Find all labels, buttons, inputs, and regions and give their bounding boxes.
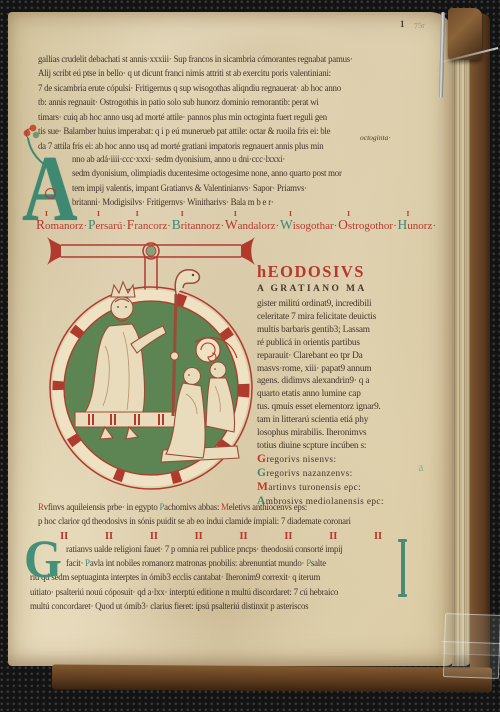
column-numeral: I <box>97 209 100 218</box>
saint-item: Gregorivs nisenvs: <box>257 453 439 467</box>
text-line: riú qd sedm septuaginta interptes in ómi… <box>30 571 423 585</box>
column-numeral: I <box>136 209 139 218</box>
text-line: tam in litterarú scientia etiá phy <box>257 414 439 427</box>
text-line: ré publicá in orientis partibus <box>257 337 439 350</box>
regnal-heading-word: IWisogothar· <box>280 217 337 233</box>
lower-block: Rvfinvs aquileiensis prbe· in egypto Pac… <box>30 501 444 614</box>
text-line: uitiato· psalteriú nouú cóposuit· qd a·l… <box>30 586 423 600</box>
numerals-row: IIIIIIIIIIIIIIII <box>60 529 382 543</box>
initial-a-ornament <box>18 122 62 172</box>
regnal-heading: IRomanorz· IPersarú· IFrancorz· IBritann… <box>36 217 436 233</box>
regnal-heading-word: IBritannorz· <box>172 217 224 233</box>
rubric-theodosius: hEODOSIVS <box>257 262 439 282</box>
regnal-heading-word: IOstrogothor· <box>338 217 397 233</box>
regnal-heading-word: IRomanorz· <box>36 217 87 233</box>
regnal-heading-word: IHunorz· <box>398 217 436 233</box>
anno-block: nno ab adá·iiii·ccc·xxxi· sedm dyonisium… <box>72 153 444 211</box>
right-column: hEODOSIVS A GRATIANO MA gister militú or… <box>257 262 439 509</box>
text-line: ratianvs ualde religioni fauet· 7 p omni… <box>66 543 425 557</box>
fore-edge <box>452 18 472 666</box>
text-line: sedm dyonisium, olimpiadis ducentesime o… <box>72 167 425 181</box>
saint-item: Martinvs turonensis epc: <box>257 481 439 495</box>
manuscript-page: gallias crudelit debachati st annis·xxxi… <box>8 12 454 666</box>
text-line: timars· cuiq ab hoc anno usq ad morté at… <box>38 111 418 125</box>
initial-t-miniature <box>45 236 257 494</box>
text-line: tus. qmuis esset elementorz ignar9. <box>257 401 439 414</box>
numeral-ii: II <box>150 529 158 543</box>
acrylic-strap <box>443 613 500 679</box>
text-line: tem impij valentis, impant Gratianvs & V… <box>72 182 425 196</box>
interline-note: octoginta· <box>360 133 390 142</box>
t-bar <box>47 237 255 292</box>
regnal-heading-word: IFrancorz· <box>127 217 171 233</box>
column-numeral: I <box>347 209 350 218</box>
column-numeral: I <box>289 209 292 218</box>
numeral-ii: II <box>374 529 382 543</box>
text-line: gallias crudelit debachati st annis·xxxi… <box>38 53 418 67</box>
backdrop: gallias crudelit debachati st annis·xxxi… <box>0 0 500 712</box>
numeral-ii: II <box>284 529 292 543</box>
column-numeral: I <box>407 209 410 218</box>
text-line: Rvfinvs aquileiensis prbe· in egypto Pac… <box>38 501 424 515</box>
text-line: masvs·rome, xiii· papat9 annum <box>257 363 439 376</box>
initial-a-ring-ornament <box>45 188 56 199</box>
text-line: totius diuine scpture incúben s: <box>257 440 439 453</box>
back-cover-edge-right <box>470 14 490 672</box>
numeral-ii: II <box>329 529 337 543</box>
crown-icon <box>111 282 135 297</box>
text-line: agens. didimvs alexandrin9· q a <box>257 375 439 388</box>
right-column-lines: gister militú ordinat9, incredibiliceler… <box>257 298 439 453</box>
text-line: multis barbaris gentib3; Lassam <box>257 324 439 337</box>
regnal-heading-word: IPersarú· <box>88 217 126 233</box>
text-line: 7 de sicambria erute cópulsi· Fritigernu… <box>38 82 418 96</box>
text-line: multú concordaret· Quod ut ómib3· clariu… <box>30 600 423 614</box>
back-cover-edge-bottom <box>52 664 492 692</box>
text-line: losophus mirabilis. Iheronimvs <box>257 427 439 440</box>
column-numeral: I <box>181 209 184 218</box>
numeral-ii: II <box>105 529 113 543</box>
text-line: gister militú ordinat9, incredibili <box>257 298 439 311</box>
pencil-foliation: 75r <box>414 21 425 31</box>
numeral-ii: II <box>239 529 247 543</box>
text-line: Alij scribt eú ptse in bello· q ut dicun… <box>38 67 418 81</box>
rubric-a-gratiano: A GRATIANO MA <box>257 284 439 294</box>
folio-number: 1 <box>400 19 405 29</box>
initial-g: G <box>24 534 62 584</box>
text-line: p hoc clarior qd theodosivs in sónis pui… <box>38 515 424 529</box>
text-line: nno ab adá·iiii·ccc·xxxi· sedm dyonisium… <box>72 153 425 167</box>
text-line: reparauit· Clarebant eo tpr Da <box>257 350 439 363</box>
text-line: facit· Pavla int nobiles romanorz matron… <box>66 557 425 571</box>
numeral-ii: II <box>195 529 203 543</box>
text-line: celeritate 7 mira felicitate deuictis <box>257 311 439 324</box>
saint-item: Gregorivs nazanzenvs: <box>257 467 439 481</box>
text-line: tb: annis regnauit· Ostrogothis in patio… <box>38 96 418 110</box>
column-numeral: I <box>45 209 48 218</box>
text-line: quarto etatis anno lumine cap <box>257 388 439 401</box>
column-numeral: I <box>234 209 237 218</box>
regnal-heading-word: IWandalorz· <box>225 217 279 233</box>
margin-initial-i <box>398 539 407 597</box>
text-line: britanni· Modigisilvs· Fritigernvs· Wini… <box>72 196 425 210</box>
